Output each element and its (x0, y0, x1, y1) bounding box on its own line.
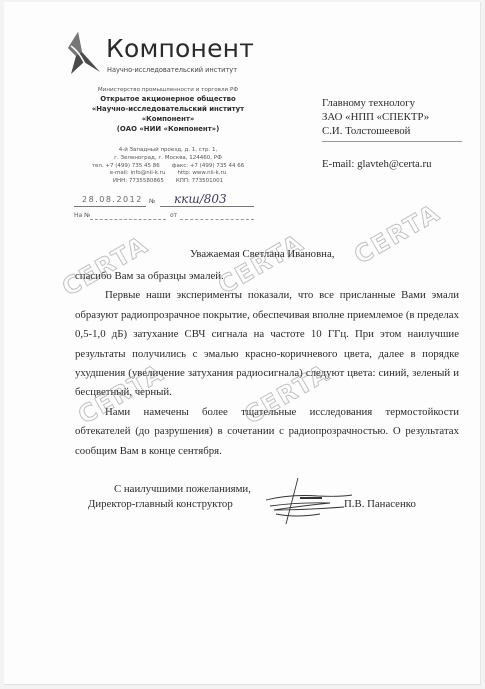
logo-name: Компонент (106, 34, 254, 64)
addressee-divider (322, 141, 462, 142)
watermark: CERTA (349, 198, 445, 269)
registration-date: 28.08.2012 (82, 195, 143, 204)
from-blank (180, 219, 254, 220)
tax-row: ИНН: 7735580865КПП: 773501001 (68, 178, 268, 186)
registration-line: 28.08.2012 № ккш/803 (74, 195, 254, 209)
date-underline (74, 206, 146, 207)
closing: С наилучшими пожеланиями, (114, 483, 251, 495)
contact-block: 4-й Западный проезд, д. 1, стр. 1, г. Зе… (68, 147, 268, 186)
kpp: КПП: 773501001 (176, 178, 223, 184)
from-label: от (170, 212, 177, 219)
org-line: «Компонент» (68, 114, 268, 124)
web-row: e-mail: info@nii-k.ruhttp: www.nii-k.ru (68, 170, 268, 178)
number-underline (160, 206, 254, 207)
registration-number: ккш/803 (174, 192, 227, 206)
addressee-block: Главному технологу ЗАО «НПП «СПЕКТР» С.И… (322, 96, 429, 138)
signature-icon (260, 476, 356, 526)
addressee-company: ЗАО «НПП «СПЕКТР» (322, 110, 429, 124)
inn: ИНН: 7735580865 (113, 178, 164, 184)
addressee-email: E-mail: glavteh@certa.ru (322, 158, 431, 170)
reply-to-blank (90, 219, 166, 220)
addressee-name: С.И. Толстошеевой (322, 124, 429, 138)
reference-line: На № от (74, 212, 254, 224)
org-line: (ОАО «НИИ «Компонент») (68, 124, 268, 134)
phone: тел. +7 (499) 735 45 86 (92, 163, 160, 169)
address-line: 4-й Западный проезд, д. 1, стр. 1, (68, 147, 268, 155)
signer-name: П.В. Панасенко (344, 498, 416, 510)
logo-subtitle: Научно-исследовательский институт (107, 66, 237, 74)
star-arrow-logo-icon (68, 32, 102, 76)
reply-to-label: На № (74, 212, 90, 219)
organization-block: Министерство промышленности и торговли Р… (68, 86, 268, 134)
addressee-title: Главному технологу (322, 96, 429, 110)
letter-body: спасибо Вам за образцы эмалей. Первые на… (75, 267, 459, 461)
signer-position: Директор-главный конструктор (88, 498, 233, 510)
org-line: Открытое акционерное общество (68, 94, 268, 104)
letter-page: Компонент Научно-исследовательский инсти… (4, 2, 481, 685)
number-label: № (149, 198, 155, 205)
ministry-line: Министерство промышленности и торговли Р… (68, 86, 268, 94)
website-link[interactable]: http: www.nii-k.ru (177, 170, 226, 176)
fax: факс: +7 (499) 735 44 66 (172, 163, 244, 169)
org-line: «Научно-исследовательский институт (68, 104, 268, 114)
email-link[interactable]: e-mail: info@nii-k.ru (110, 170, 166, 176)
address-line: г. Зеленоград, г. Москва, 124460, РФ (68, 155, 268, 163)
phone-fax-row: тел. +7 (499) 735 45 86факс: +7 (499) 73… (68, 163, 268, 171)
